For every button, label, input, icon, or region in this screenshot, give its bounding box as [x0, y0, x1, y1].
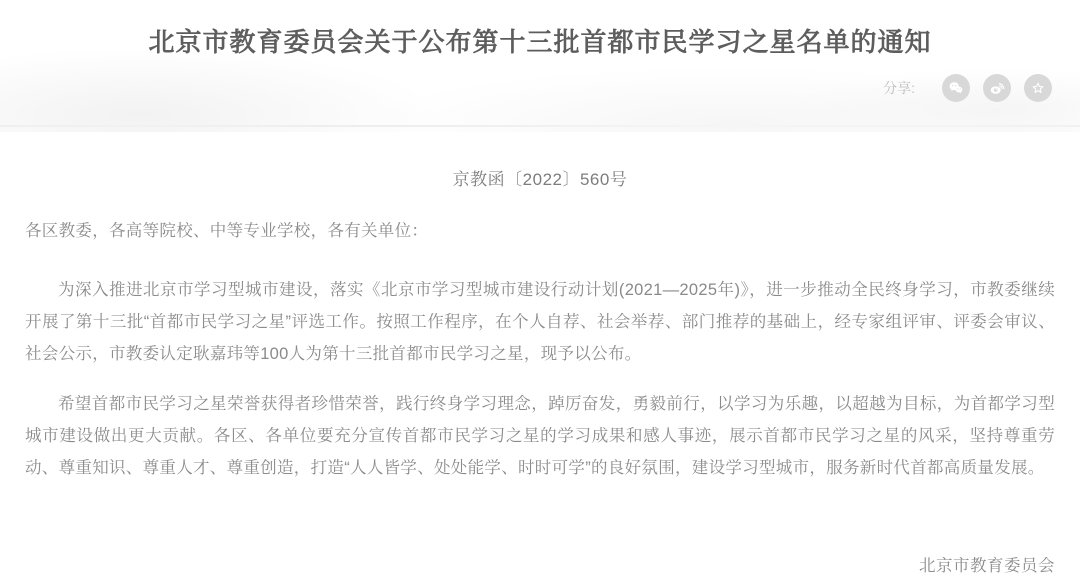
weibo-share-button[interactable] — [983, 74, 1011, 102]
weibo-icon — [988, 79, 1006, 97]
paragraph-2: 希望首都市民学习之星荣誉获得者珍惜荣誉，践行终身学习理念，踔厉奋发，勇毅前行，以… — [25, 388, 1055, 484]
document-body: 京教函〔2022〕560号 各区教委，各高等院校、中等专业学校，各有关单位： 为… — [0, 165, 1080, 574]
salutation: 各区教委，各高等院校、中等专业学校，各有关单位： — [25, 216, 1055, 246]
share-row: 分享: — [0, 73, 1080, 103]
notice-page: 北京市教育委员会关于公布第十三批首都市民学习之星名单的通知 分享: — [0, 0, 1080, 574]
doc-number: 京教函〔2022〕560号 — [25, 165, 1055, 190]
wechat-share-button[interactable] — [942, 74, 970, 102]
paragraph-1: 为深入推进北京市学习型城市建设，落实《北京市学习型城市建设行动计划(2021—2… — [25, 274, 1055, 370]
share-label: 分享: — [883, 78, 915, 98]
signature: 北京市教育委员会 — [25, 552, 1055, 574]
star-icon — [1029, 79, 1047, 97]
header-divider — [0, 125, 1080, 127]
page-title: 北京市教育委员会关于公布第十三批首都市民学习之星名单的通知 — [0, 0, 1080, 59]
favorite-share-button[interactable] — [1024, 74, 1052, 102]
wechat-icon — [947, 79, 965, 97]
